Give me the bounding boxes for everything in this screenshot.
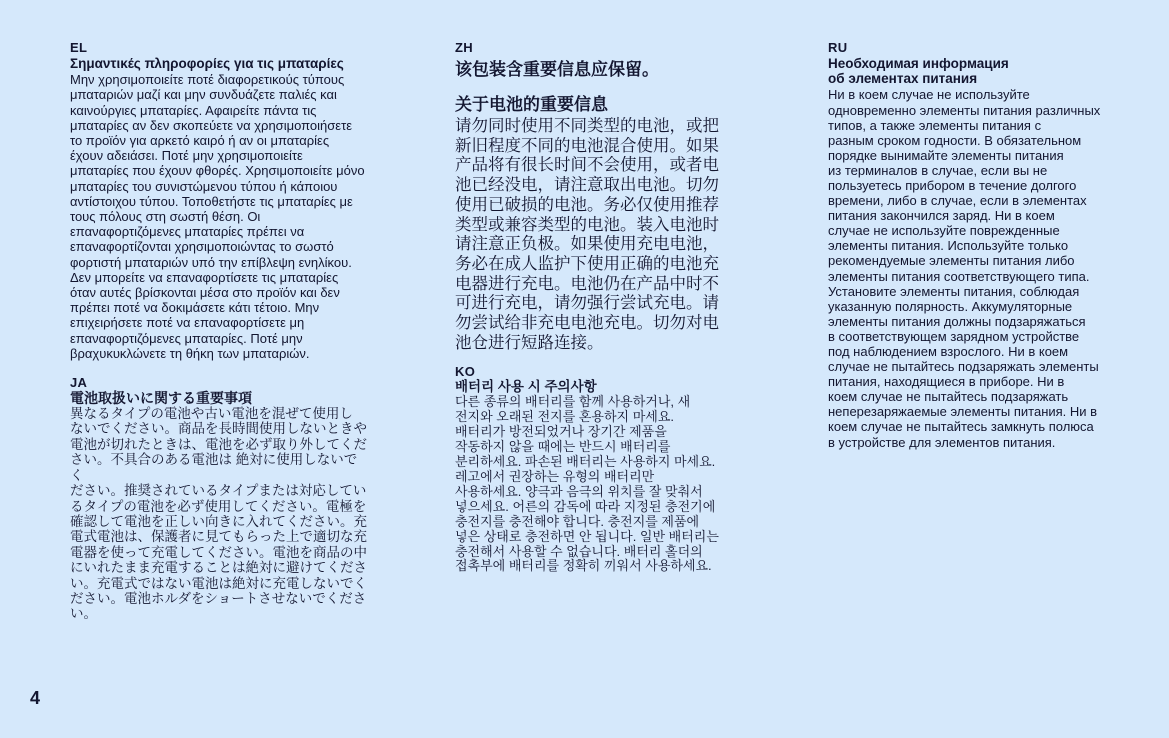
section-el: EL Σημαντικές πληροφορίες για τις μπαταρ… [70,40,370,361]
ru-body: Ни в коем случае не используйте одноврем… [828,87,1118,449]
section-ko: KO 배터리 사용 시 주의사항 다른 종류의 배터리를 함께 사용하거나, 새… [455,364,740,574]
zh-body: 请勿同时使用不同类型的电池，或把 新旧程度不同的电池混合使用。如果 产品将有很长… [455,117,740,353]
ja-heading: 電池取扱いに関する重要事項 [70,390,370,406]
ko-heading: 배터리 사용 시 주의사항 [455,379,740,395]
column-right: RU Необходимая информация об элементах п… [828,40,1118,450]
column-left: EL Σημαντικές πληροφορίες για τις μπαταρ… [70,40,370,622]
el-body: Μην χρησιμοποιείτε ποτέ διαφορετικούς τύ… [70,72,370,361]
ja-body: 異なるタイプの電池や古い電池を混ぜて使用し ないでください。商品を長時間使用しな… [70,406,370,622]
section-ja: JA 電池取扱いに関する重要事項 異なるタイプの電池や古い電池を混ぜて使用し な… [70,375,370,622]
section-ru: RU Необходимая информация об элементах п… [828,40,1118,450]
zh-heading: 关于电池的重要信息 [455,94,740,116]
section-zh: ZH 该包装含重要信息应保留。 关于电池的重要信息 请勿同时使用不同类型的电池，… [455,40,740,353]
ja-language-code: JA [70,375,370,390]
zh-language-code: ZH [455,40,740,55]
el-language-code: EL [70,40,370,55]
column-center: ZH 该包装含重要信息应保留。 关于电池的重要信息 请勿同时使用不同类型的电池，… [455,40,740,574]
zh-retain-notice: 该包装含重要信息应保留。 [455,59,740,81]
ko-language-code: KO [455,364,740,379]
page-number: 4 [30,688,40,708]
ru-language-code: RU [828,40,1118,55]
ko-body: 다른 종류의 배터리를 함께 사용하거나, 새 전지와 오래된 전지를 혼용하지… [455,395,740,574]
ru-heading: Необходимая информация об элементах пита… [828,56,1118,86]
manual-page: EL Σημαντικές πληροφορίες για τις μπαταρ… [0,0,1169,738]
el-heading: Σημαντικές πληροφορίες για τις μπαταρίες [70,56,370,71]
